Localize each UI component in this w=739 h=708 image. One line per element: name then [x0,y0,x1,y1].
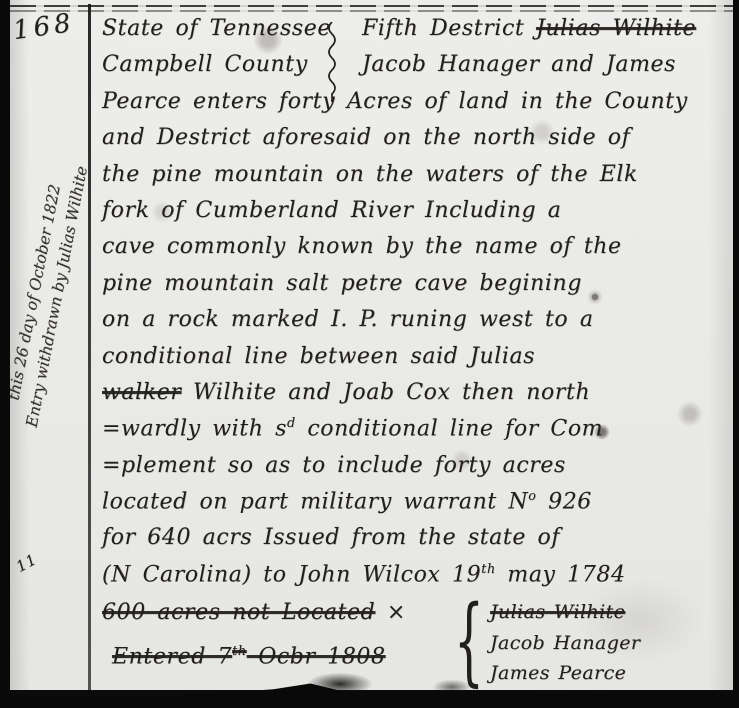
text-segment: and Destrict aforesaid on the north side… [102,125,630,150]
text-segment: may 1784 [496,562,626,587]
main-text: State of Tennessee Fifth Destrict Julias… [102,16,736,598]
signature-name: Jacob Hanager [490,632,640,663]
scan-edge-left [0,0,10,708]
text-segment: walker [102,380,181,405]
text-segment: pine mountain salt petre cave begining [102,271,582,296]
body-line: fork of Cumberland River Including a [102,198,736,234]
text-segment: =wardly with s [102,417,287,442]
closing-notes: 600 acres not Located ×Entered 7th Ocbr … [102,600,454,693]
text-segment: 926 [537,489,592,514]
body-line: walker Wilhite and Joab Cox then north [102,380,736,416]
body-line: conditional line between said Julias [102,344,736,380]
text-segment: Jacob Hanager [490,632,640,654]
body-line: for 640 acrs Issued from the state of [102,525,736,561]
text-segment: (N Carolina) to John Wilcox 19 [102,562,481,587]
ledger-rule-top [10,5,734,7]
header-squiggle-icon [326,22,338,108]
ledger-rule-top-second [10,10,734,12]
text-segment: located on part military warrant N [102,489,528,514]
text-segment: conditional line between said Julias [102,344,535,369]
heading-enterers: Jacob Hanager and James [332,52,676,88]
text-segment: cave commonly known by the name of the [102,234,622,259]
text-segment: Julias Wilhite [536,16,696,41]
signature-name: James Pearce [490,662,640,693]
heading-row: Campbell County Jacob Hanager and James [102,52,736,88]
body-line: on a rock marked I. P. runing west to a [102,307,736,343]
text-segment: James Pearce [490,662,626,684]
document-scan: 168 this 26 day of October 1822 Entry wi… [0,0,739,708]
closing-line: Entered 7th Ocbr 1808 [102,644,454,688]
closing-line: 600 acres not Located × [102,600,454,644]
text-segment: Jacob Hanager and James [362,52,676,77]
body-line: pine mountain salt petre cave begining [102,271,736,307]
text-segment: Ocbr 1808 [247,644,386,669]
text-segment: Julias Wilhite [490,601,625,623]
text-segment: d [287,416,296,431]
text-segment: o [528,489,536,504]
body-line: cave commonly known by the name of the [102,234,736,270]
signature-brace-icon: { [454,600,472,694]
text-segment: Entered 7 [112,644,232,669]
text-segment: th [232,644,247,659]
body-line: Pearce enters forty Acres of land in the… [102,89,736,125]
body-line: =wardly with sd conditional line for Com [102,416,736,452]
heading-county: Campbell County [102,52,332,88]
text-segment: Fifth Destrict [362,16,536,41]
body-line: the pine mountain on the waters of the E… [102,162,736,198]
signature-names: Julias WilhiteJacob HanagerJames Pearce [490,600,640,693]
heading-district: Fifth Destrict Julias Wilhite [332,16,696,52]
text-segment: Pearce enters forty Acres of land in the… [102,89,688,114]
text-segment: the pine mountain on the waters of the E… [102,162,638,187]
body-line: and Destrict aforesaid on the north side… [102,125,736,161]
body-lines: Pearce enters forty Acres of land in the… [102,89,736,598]
signature-name: Julias Wilhite [490,601,640,632]
text-segment: Wilhite and Joab Cox then north [181,380,590,405]
heading-place: State of Tennessee [102,16,332,52]
text-segment: conditional line for Com [296,417,603,442]
scan-edge-right [733,0,739,708]
body-line: =plement so as to include forty acres [102,453,736,489]
body-line: (N Carolina) to John Wilcox 19th may 178… [102,562,736,598]
text-segment: fork of Cumberland River Including a [102,198,562,223]
text-segment: on a rock marked I. P. runing west to a [102,307,594,332]
text-segment: for 640 acrs Issued from the state of [102,525,560,550]
body-line: located on part military warrant No 926 [102,489,736,525]
text-segment: =plement so as to include forty acres [102,453,566,478]
text-segment: th [481,562,496,577]
heading-row: State of Tennessee Fifth Destrict Julias… [102,16,736,52]
text-segment: × [375,600,406,625]
closing-block: 600 acres not Located ×Entered 7th Ocbr … [102,600,640,693]
text-segment: 600 acres not Located [102,600,375,625]
